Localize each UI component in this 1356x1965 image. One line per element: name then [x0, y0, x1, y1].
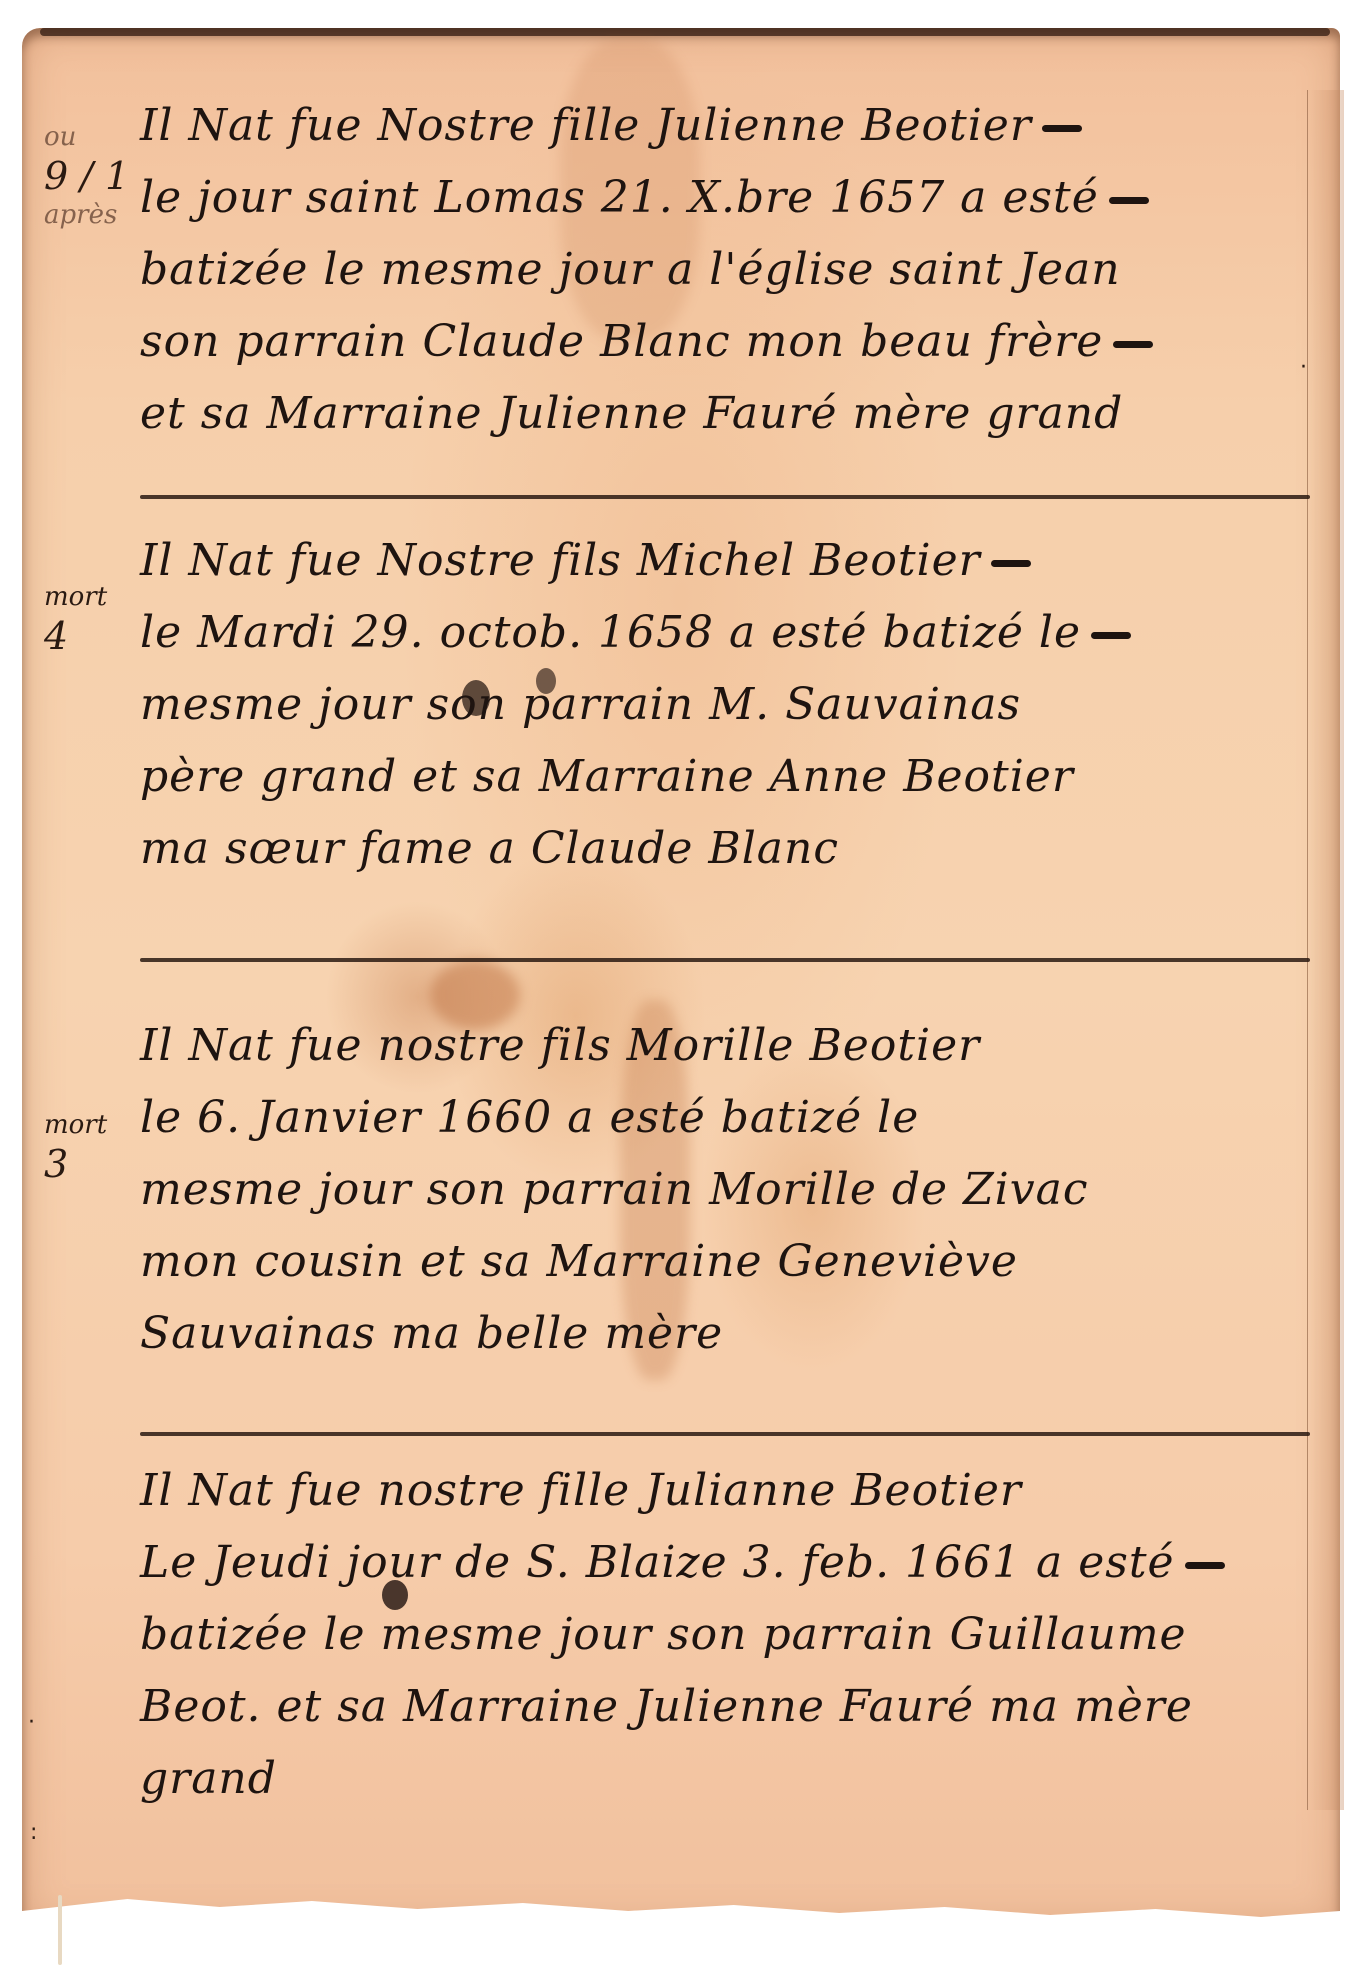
margin-note-line: après	[44, 198, 144, 232]
record-line: mon cousin et sa Marraine Geneviève	[140, 1226, 1280, 1298]
line-filler-dash	[1042, 125, 1082, 132]
record-line: Sauvainas ma belle mère	[140, 1298, 1280, 1370]
line-filler-dash	[991, 560, 1031, 567]
record-line: le 6. Janvier 1660 a esté batizé le	[140, 1082, 1280, 1154]
entry-divider	[140, 495, 1310, 499]
margin-note-line: mort	[44, 1108, 144, 1142]
record-entry-1: Il Nat fue Nostre fille Julienne Beotier…	[140, 90, 1280, 450]
line-filler-dash	[1109, 197, 1149, 204]
record-line: batizée le mesme jour son parrain Guilla…	[140, 1599, 1280, 1671]
record-line: son parrain Claude Blanc mon beau frère	[140, 306, 1280, 378]
margin-dot: ·	[1300, 355, 1307, 380]
line-filler-dash	[1091, 632, 1131, 639]
record-line: mesme jour son parrain Morille de Zivac	[140, 1154, 1280, 1226]
record-line: le jour saint Lomas 21. X.bre 1657 a est…	[140, 162, 1280, 234]
entry-divider	[140, 958, 1310, 962]
record-line: ma sœur fame a Claude Blanc	[140, 813, 1280, 885]
margin-dot: ·	[28, 1710, 35, 1735]
record-entry-3: Il Nat fue nostre fils Morille Beotier l…	[140, 1010, 1280, 1370]
margin-note-entry-3: mort 3	[44, 1108, 144, 1186]
binding-thread	[58, 1895, 62, 1965]
record-line: Beot. et sa Marraine Julienne Fauré ma m…	[140, 1671, 1280, 1743]
page-top-edge	[40, 28, 1330, 36]
margin-dot: :	[30, 1820, 37, 1845]
record-line: Il Nat fue Nostre fille Julienne Beotier	[140, 90, 1280, 162]
margin-note-line: mort	[44, 580, 144, 614]
record-line: le Mardi 29. octob. 1658 a esté batizé l…	[140, 597, 1280, 669]
entry-divider	[140, 1432, 1310, 1436]
record-line: Il Nat fue nostre fille Julianne Beotier	[140, 1455, 1280, 1527]
record-line: Il Nat fue nostre fils Morille Beotier	[140, 1010, 1280, 1082]
margin-note-line: 4	[44, 614, 144, 658]
page-right-fold	[1307, 90, 1344, 1810]
record-line: grand	[140, 1743, 1280, 1815]
record-line: et sa Marraine Julienne Fauré mère grand	[140, 378, 1280, 450]
record-line: Le Jeudi jour de S. Blaize 3. feb. 1661 …	[140, 1527, 1280, 1599]
margin-note-line: 9 / 1	[44, 154, 144, 198]
record-line: batizée le mesme jour a l'église saint J…	[140, 234, 1280, 306]
record-line: mesme jour son parrain M. Sauvainas	[140, 669, 1280, 741]
record-line: Il Nat fue Nostre fils Michel Beotier	[140, 525, 1280, 597]
record-line: père grand et sa Marraine Anne Beotier	[140, 741, 1280, 813]
line-filler-dash	[1113, 341, 1153, 348]
margin-note-line: ou	[44, 120, 144, 154]
margin-note-line: 3	[44, 1142, 144, 1186]
record-entry-4: Il Nat fue nostre fille Julianne Beotier…	[140, 1455, 1280, 1815]
line-filler-dash	[1185, 1562, 1225, 1569]
margin-note-entry-1: ou 9 / 1 après	[44, 120, 144, 232]
margin-note-entry-2: mort 4	[44, 580, 144, 658]
record-entry-2: Il Nat fue Nostre fils Michel Beotier le…	[140, 525, 1280, 885]
